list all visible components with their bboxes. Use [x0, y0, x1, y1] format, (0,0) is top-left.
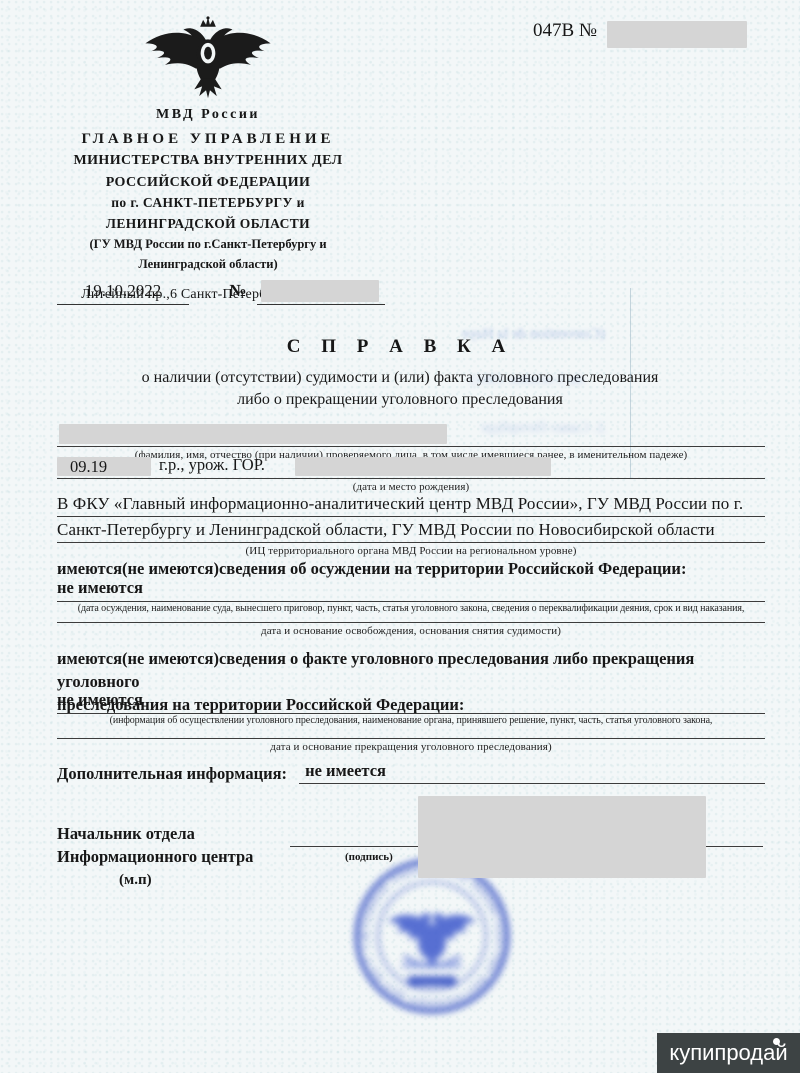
additional-info-line: не имеется	[299, 761, 765, 784]
birth-field: 09.19 г.р., урож. ГОР. (дата и место рож…	[57, 458, 765, 493]
birth-line: 09.19 г.р., урож. ГОР.	[57, 458, 765, 479]
registry-line-1: В ФКУ «Главный информационно-аналитическ…	[57, 494, 765, 517]
watermark-label: купипродай	[669, 1040, 787, 1066]
signature-redaction-box	[418, 796, 706, 878]
release-line	[57, 610, 765, 623]
release-caption: дата и основание освобождения, основания…	[57, 625, 765, 637]
letterhead-line: (ГУ МВД России по г.Санкт-Петербургу и	[60, 237, 356, 253]
mvd-eagle-emblem-icon	[139, 14, 277, 104]
termination-field: дата и основание прекращения уголовного …	[57, 726, 765, 753]
number-redaction-box	[607, 21, 747, 48]
stamp-eagle-icon	[388, 913, 476, 968]
document-number-redaction	[261, 280, 379, 302]
prosecution-caption: (информация об осуществлении уголовного …	[57, 715, 765, 726]
document-title: С П Р А В К А	[0, 336, 800, 358]
signature-caption: (подпись)	[345, 851, 393, 863]
signer-post-line-1: Начальник отдела	[57, 824, 195, 844]
official-round-stamp: ГЛАВНОЕ УПРАВЛЕНИЕ МИНИСТЕРСТВА ВНУТРЕНН…	[352, 856, 512, 1016]
bleedthrough-text: (Convention de la Haye	[462, 326, 605, 343]
name-line	[57, 424, 765, 447]
birth-text: г.р., урож. ГОР.	[159, 455, 265, 475]
form-code: 047В №	[533, 20, 597, 42]
registry-line-2: Санкт-Петербургу и Ленинградской области…	[57, 520, 765, 543]
release-field: дата и основание освобождения, основания…	[57, 610, 765, 637]
birth-place-redaction	[295, 457, 551, 476]
document-number-line	[257, 282, 385, 305]
watermark-dot-icon	[773, 1038, 780, 1045]
prosecution-question-line-1: имеются(не имеются)сведения о факте угол…	[57, 647, 765, 693]
birth-date-redaction: 09.19	[57, 457, 151, 476]
birth-caption: (дата и место рождения)	[57, 481, 765, 493]
document-subtitle-2: либо о прекращении уголовного преследова…	[0, 391, 800, 409]
letterhead: МВД России ГЛАВНОЕ УПРАВЛЕНИЕ МИНИСТЕРСТ…	[60, 14, 356, 304]
letterhead-agency: МВД России	[60, 106, 356, 124]
conviction-question-text: имеются(не имеются)сведения об осуждении…	[57, 557, 765, 580]
letterhead-line: ЛЕНИНГРАДСКОЙ ОБЛАСТИ	[60, 216, 356, 233]
kupiproday-watermark: купипродай	[657, 1033, 800, 1073]
date-number-row: 19.10.2022 №	[57, 281, 457, 305]
prosecution-answer: не имеются (информация об осуществлении …	[57, 690, 765, 726]
letterhead-line: по г. САНКТ-ПЕТЕРБУРГУ и	[60, 195, 356, 212]
letterhead-line: Ленинградской области)	[60, 257, 356, 273]
registry-paragraph: В ФКУ «Главный информационно-аналитическ…	[57, 494, 765, 557]
issue-date: 19.10.2022	[57, 281, 189, 305]
conviction-question: имеются(не имеются)сведения об осуждении…	[57, 557, 765, 580]
conviction-answer-text: не имеются	[57, 578, 765, 602]
additional-info-label: Дополнительная информация:	[57, 764, 287, 784]
signer-post-line-2: Информационного центра	[57, 847, 253, 867]
termination-caption: дата и основание прекращения уголовного …	[57, 741, 765, 753]
seal-mark: (м.п)	[119, 872, 152, 889]
letterhead-line: РОССИЙСКОЙ ФЕДЕРАЦИИ	[60, 174, 356, 192]
termination-line	[57, 726, 765, 739]
certificate-page: 047В № МВД России ГЛАВНОЕ УПРАВЛЕНИЕ МИН…	[0, 0, 800, 1073]
registry-caption: (ИЦ территориального органа МВД России н…	[57, 545, 765, 557]
document-subtitle-1: о наличии (отсутствии) судимости и (или)…	[0, 369, 800, 387]
name-redaction-box	[59, 424, 447, 444]
conviction-answer: не имеются (дата осуждения, наименование…	[57, 578, 765, 614]
title-block: С П Р А В К А о наличии (отсутствии) суд…	[0, 336, 800, 409]
number-sign: №	[229, 281, 246, 301]
letterhead-line: МИНИСТЕРСТВА ВНУТРЕННИХ ДЕЛ	[60, 152, 356, 170]
form-number-row: 047В №	[533, 20, 747, 48]
letterhead-line: ГЛАВНОЕ УПРАВЛЕНИЕ	[60, 130, 356, 149]
additional-info-row: Дополнительная информация: не имеется	[57, 761, 765, 784]
prosecution-answer-text: не имеются	[57, 690, 765, 714]
bleedthrough-text: du 5 octobre 1961)	[470, 372, 584, 389]
additional-info-value: не имеется	[305, 761, 386, 780]
